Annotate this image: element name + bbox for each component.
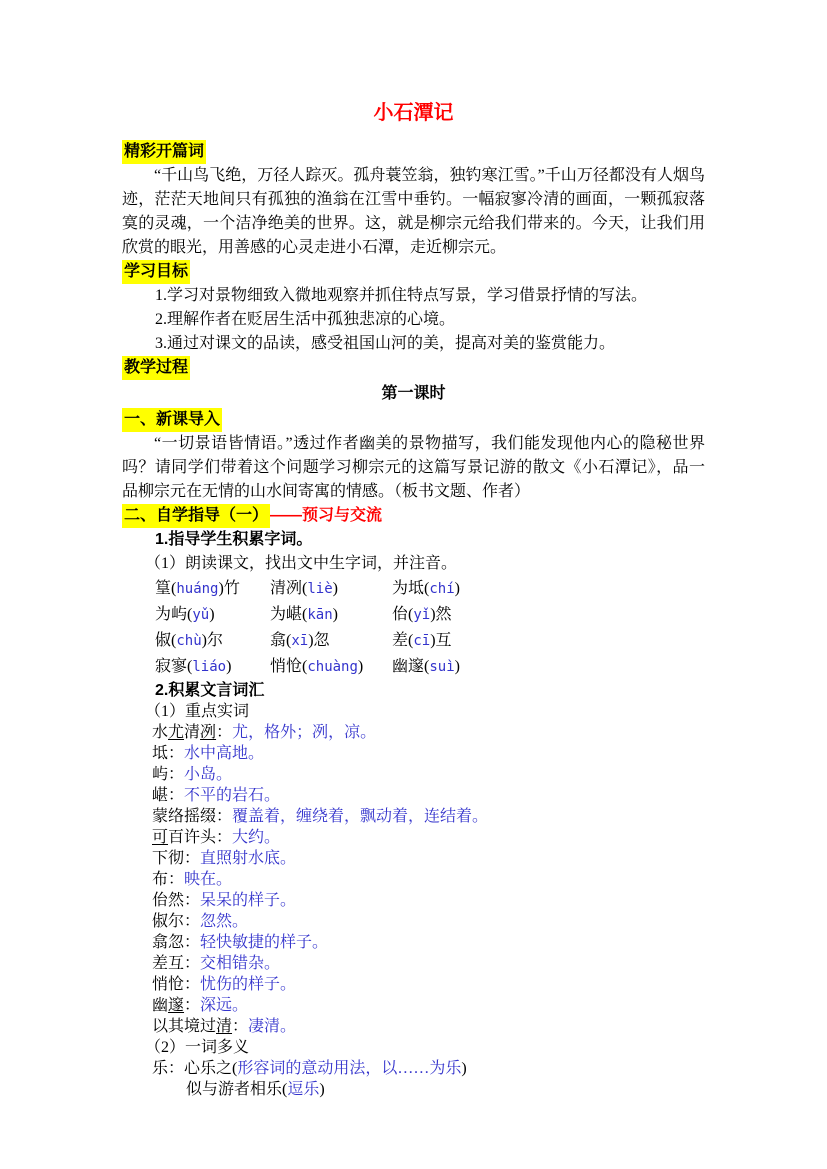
definition-text: 交相错杂。 [200, 955, 280, 972]
definition-colon: ： [216, 829, 232, 846]
pinyin-entry: 差(cī)互 [392, 628, 705, 654]
pinyin-entry: 佁(yǐ)然 [392, 602, 705, 628]
polysemy-row: 似与游者相乐(逗乐) [186, 1079, 705, 1100]
pinyin-entry-hanzi: 悄怆( [270, 658, 307, 675]
pinyin-entry-hanzi: 寂寥( [155, 658, 192, 675]
pinyin-entry: 为坻(chí) [392, 576, 705, 602]
pinyin-entry-hanzi-tail: ) [333, 606, 338, 623]
pinyin-entry-hanzi-tail: ) [455, 658, 460, 675]
step1-heading: 1.指导学生积累字词。 [155, 528, 705, 552]
definition-term: 布 [152, 871, 168, 888]
pinyin-table: 篁(huáng)竹清冽(liè)为坻(chí)为屿(yǔ)为嵁(kān)佁(yǐ… [155, 576, 705, 680]
definition-text: 凄清。 [248, 1018, 296, 1035]
guide-heading-line: 二、自学指导（一）——预习与交流 [122, 504, 705, 528]
definition-term: 嵁 [152, 787, 168, 804]
pinyin-entry-pinyin: yǔ [192, 607, 209, 623]
definition-term: 清 [184, 724, 200, 741]
definition-term: 蒙络摇缀 [152, 808, 216, 825]
process-heading: 教学过程 [122, 356, 190, 380]
opening-paragraph: “千山鸟飞绝，万径人踪灭。孤舟蓑笠翁，独钓寒江雪。”千山万径都没有人烟鸟迹，茫茫… [122, 164, 705, 260]
pinyin-entry-pinyin: chù [176, 633, 201, 649]
definition-text: 忽然。 [200, 913, 248, 930]
definition-colon: ： [216, 808, 232, 825]
definition-text: 大约。 [232, 829, 280, 846]
definition-text: 轻快敏捷的样子。 [200, 934, 328, 951]
definition-term: 屿 [152, 766, 168, 783]
step1-instruction: （1）朗读课文，找出文中生字词，并注音。 [145, 552, 705, 576]
definition-text: 直照射水底。 [200, 850, 296, 867]
definition-row: 蒙络摇缀：覆盖着，缠绕着，飘动着，连结着。 [152, 806, 705, 827]
definition-row: 佁然：呆呆的样子。 [152, 890, 705, 911]
polysemy-segment: 似与游者相乐( [186, 1081, 287, 1098]
definition-text: 水中高地。 [184, 745, 264, 762]
pinyin-entry: 幽邃(suì) [392, 654, 705, 680]
pinyin-entry-hanzi: 清冽( [270, 580, 307, 597]
polysemy-label: （2）一词多义 [145, 1037, 705, 1058]
pinyin-entry-hanzi-tail: ) [226, 658, 231, 675]
opening-heading-line: 精彩开篇词 [122, 140, 705, 164]
polysemy-list: 乐：心乐之(形容词的意动用法，以……为乐)似与游者相乐(逗乐) [122, 1058, 705, 1100]
pinyin-entry-hanzi-tail: )然 [430, 606, 451, 623]
definition-term: 佁然 [152, 892, 184, 909]
definition-row: 水尤清冽：尤，格外；冽，凉。 [152, 722, 705, 743]
definition-colon: ： [184, 955, 200, 972]
definition-text: 尤，格外；冽，凉。 [232, 724, 376, 741]
pinyin-entry-hanzi: 为屿( [155, 606, 192, 623]
polysemy-segment: 形容词的意动用法，以……为乐 [237, 1060, 461, 1077]
definition-colon: ： [184, 934, 200, 951]
pinyin-entry-pinyin: liè [307, 581, 332, 597]
lesson-title: 第一课时 [122, 381, 705, 407]
pinyin-entry-hanzi: 篁( [155, 580, 176, 597]
definition-term: 水 [152, 724, 168, 741]
polysemy-segment: 逗乐 [287, 1081, 319, 1098]
polysemy-segment: ) [461, 1060, 466, 1077]
definition-text: 小岛。 [184, 766, 232, 783]
pinyin-entry-hanzi: 翕( [270, 632, 291, 649]
pinyin-entry-pinyin: cī [413, 633, 430, 649]
definition-row: 悄怆：忧伤的样子。 [152, 974, 705, 995]
process-heading-line: 教学过程 [122, 356, 705, 380]
definition-term: 翕忽 [152, 934, 184, 951]
definition-term: 俶尔 [152, 913, 184, 930]
definition-text: 呆呆的样子。 [200, 892, 296, 909]
pinyin-entry-hanzi-tail: )竹 [219, 580, 240, 597]
pinyin-entry-hanzi-tail: ) [358, 658, 363, 675]
pinyin-entry-pinyin: yǐ [413, 607, 430, 623]
pinyin-entry-pinyin: huáng [176, 581, 218, 597]
definition-term: 清 [216, 1018, 232, 1035]
intro-heading: 一、新课导入 [122, 408, 222, 432]
doc-title: 小石潭记 [122, 98, 705, 128]
document-page: 小石潭记 精彩开篇词 “千山鸟飞绝，万径人踪灭。孤舟蓑笠翁，独钓寒江雪。”千山万… [0, 0, 827, 1169]
definition-colon: ： [184, 850, 200, 867]
definition-term: 冽 [200, 724, 216, 741]
pinyin-entry-pinyin: chí [429, 581, 454, 597]
goals-heading: 学习目标 [122, 260, 190, 284]
definition-row: 差互：交相错杂。 [152, 953, 705, 974]
definition-row: 翕忽：轻快敏捷的样子。 [152, 932, 705, 953]
definition-term: 下彻 [152, 850, 184, 867]
definition-term: 以其境过 [152, 1018, 216, 1035]
definition-text: 忧伤的样子。 [200, 976, 296, 993]
definition-text: 覆盖着，缠绕着，飘动着，连结着。 [232, 808, 488, 825]
definition-colon: ： [168, 787, 184, 804]
notional-words-label: （1）重点实词 [145, 701, 705, 722]
pinyin-entry-pinyin: liáo [192, 659, 226, 675]
definition-term: 幽 [152, 997, 168, 1014]
definition-row: 布：映在。 [152, 869, 705, 890]
pinyin-entry-hanzi: 幽邃( [392, 658, 429, 675]
definition-term: 尤 [168, 724, 184, 741]
guide-heading-red: ——预习与交流 [270, 507, 382, 524]
polysemy-segment: ) [319, 1081, 324, 1098]
definition-row: 幽邃：深远。 [152, 995, 705, 1016]
pinyin-entry-pinyin: kān [307, 607, 332, 623]
pinyin-entry-hanzi-tail: ) [333, 580, 338, 597]
goals-heading-line: 学习目标 [122, 260, 705, 284]
pinyin-entry-pinyin: chuàng [307, 659, 358, 675]
definition-row: 以其境过清：凄清。 [152, 1016, 705, 1037]
definition-colon: ： [232, 1018, 248, 1035]
pinyin-entry-hanzi-tail: )忽 [308, 632, 329, 649]
definition-colon: ： [168, 745, 184, 762]
definition-term: 可 [152, 829, 168, 846]
definition-row: 屿：小岛。 [152, 764, 705, 785]
pinyin-entry-hanzi: 差( [392, 632, 413, 649]
pinyin-entry: 清冽(liè) [270, 576, 392, 602]
definition-colon: ： [184, 997, 200, 1014]
definition-text: 不平的岩石。 [184, 787, 280, 804]
definition-colon: ： [168, 766, 184, 783]
pinyin-entry-hanzi: 为嵁( [270, 606, 307, 623]
definition-row: 嵁：不平的岩石。 [152, 785, 705, 806]
definition-row: 坻：水中高地。 [152, 743, 705, 764]
pinyin-entry-pinyin: xī [291, 633, 308, 649]
definition-term: 坻 [152, 745, 168, 762]
definition-colon: ： [184, 976, 200, 993]
polysemy-row: 乐：心乐之(形容词的意动用法，以……为乐) [152, 1058, 705, 1079]
pinyin-entry: 俶(chù)尔 [155, 628, 270, 654]
guide-heading-highlight: 二、自学指导（一） [122, 504, 270, 528]
goal-item-1: 1.学习对景物细致入微地观察并抓住特点写景，学习借景抒情的写法。 [155, 284, 705, 308]
definition-colon: ： [184, 913, 200, 930]
pinyin-entry-hanzi: 为坻( [392, 580, 429, 597]
definition-colon: ： [184, 892, 200, 909]
pinyin-entry: 篁(huáng)竹 [155, 576, 270, 602]
pinyin-entry: 悄怆(chuàng) [270, 654, 392, 680]
pinyin-entry: 翕(xī)忽 [270, 628, 392, 654]
definition-term: 差互 [152, 955, 184, 972]
definition-row: 俶尔：忽然。 [152, 911, 705, 932]
step2-heading: 2.积累文言词汇 [155, 680, 705, 701]
definition-row: 可百许头：大约。 [152, 827, 705, 848]
goal-item-3: 3.通过对课文的品读，感受祖国山河的美，提高对美的鉴赏能力。 [155, 332, 705, 356]
pinyin-entry: 为屿(yǔ) [155, 602, 270, 628]
definition-text: 映在。 [184, 871, 232, 888]
definition-row: 下彻：直照射水底。 [152, 848, 705, 869]
opening-heading: 精彩开篇词 [122, 140, 206, 164]
pinyin-entry-hanzi-tail: ) [209, 606, 214, 623]
intro-paragraph: “一切景语皆情语。”透过作者幽美的景物描写，我们能发现他内心的隐秘世界吗？请同学… [122, 432, 705, 504]
pinyin-entry-hanzi-tail: )尔 [202, 632, 223, 649]
pinyin-entry-hanzi-tail: )互 [430, 632, 451, 649]
pinyin-entry-hanzi-tail: ) [455, 580, 460, 597]
definition-colon: ： [216, 724, 232, 741]
pinyin-entry: 寂寥(liáo) [155, 654, 270, 680]
pinyin-entry-hanzi: 佁( [392, 606, 413, 623]
goal-item-2: 2.理解作者在贬居生活中孤独悲凉的心境。 [155, 308, 705, 332]
definitions-list: 水尤清冽：尤，格外；冽，凉。坻：水中高地。屿：小岛。嵁：不平的岩石。蒙络摇缀：覆… [122, 722, 705, 1037]
definition-text: 深远。 [200, 997, 248, 1014]
polysemy-segment: 乐：心乐之( [152, 1060, 237, 1077]
definition-term: 悄怆 [152, 976, 184, 993]
definition-colon: ： [168, 871, 184, 888]
pinyin-entry-pinyin: suì [429, 659, 454, 675]
definition-term: 百许头 [168, 829, 216, 846]
pinyin-entry: 为嵁(kān) [270, 602, 392, 628]
definition-term: 邃 [168, 997, 184, 1014]
pinyin-entry-hanzi: 俶( [155, 632, 176, 649]
intro-heading-line: 一、新课导入 [122, 408, 705, 432]
